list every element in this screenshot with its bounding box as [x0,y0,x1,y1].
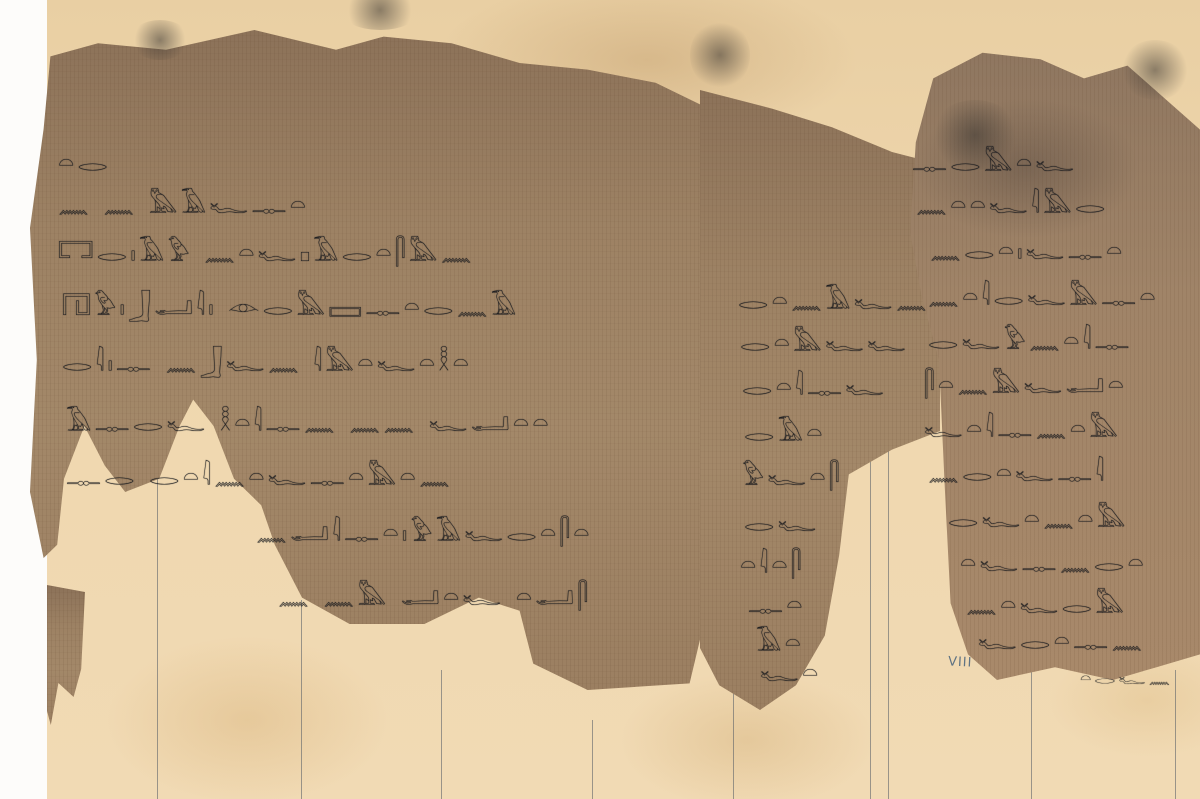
text-line: 𓄿𓊃𓂋𓆑 𓎛𓏏𓇋𓊃𓈖 𓈖𓈖 𓆑𓂝𓏏𓏏 [66,399,552,439]
text-line: 𓂋𓏏𓇋𓊃𓆑 [742,363,887,403]
text-line: 𓂋𓄿𓏏 [744,409,826,449]
text-line: 𓆑𓏏𓇋𓊃𓈖𓏏𓅓 [924,405,1121,445]
text-line: 𓉔𓅱𓏤𓃀𓂝𓇋𓏤 𓁹𓂋𓅓𓈙𓊃𓏏𓂋𓈖𓄿 [62,283,519,323]
stain [130,20,190,60]
text-line: 𓂋𓇋𓏤𓊃 𓈖𓃀𓆑𓈖 𓇋𓅓𓏏𓆑𓏏𓎛𓏏 [62,339,472,379]
ruling-line [1175,670,1176,799]
text-line: 𓆑𓏏 [760,649,822,689]
text-line: 𓈖𓂋𓏏𓆑𓊃𓇋 [928,449,1107,489]
text-line: 𓋴𓏏𓈖𓅓𓆑𓂝𓏏 [924,361,1127,401]
ruling-line [441,670,442,799]
text-line: 𓈖𓏏𓏏𓆑𓇋𓅓𓂋 [916,181,1109,221]
text-line: 𓉐𓂋𓏤𓄿𓅱 𓈖𓏏𓆑𓊪𓄿𓂋𓏏𓋴𓅓𓈖 [58,229,475,269]
ruling-line [1031,660,1032,799]
text-line: 𓈖𓂝𓇋𓊃𓏏𓏤𓅱𓄿𓆑𓂋𓏏𓋴𓏏 [256,509,593,549]
text-line: 𓂋𓏏𓅓𓆑𓆑 [740,319,909,359]
ruling-line [870,430,871,799]
text-line: 𓊃𓏏 [748,581,806,621]
text-line: 𓂋𓆑𓅱𓈖𓏏𓇋𓊃 [928,317,1133,357]
text-line: 𓅱𓆑𓏏𓋴 [742,453,843,493]
text-line: 𓈖 𓈖 𓅓𓄿𓆑𓊃𓏏 [58,181,309,221]
stain [690,20,750,90]
stain [1120,40,1190,100]
text-line: 𓊃𓂋 𓂋𓏏𓇋𓈖𓏏𓆑𓊃𓏏𓅓𓏏𓈖 [66,453,453,493]
text-line: 𓈖 𓈖𓅓 𓂝𓏏𓆑 𓏏𓂝𓋴 [278,573,591,613]
pencil-label: VIII [948,654,973,670]
text-line: 𓂋𓏏𓈖𓄿𓆑𓈖 [738,277,930,317]
text-line: 𓂋𓆑𓏏𓈖𓏏𓅓 [948,495,1129,535]
text-line: 𓏏𓇋𓏏𓋴 [740,541,805,581]
text-line: 𓈖𓏏𓇋𓂋𓆑𓅓𓊃𓏏 [928,273,1159,313]
ruling-line [733,690,734,799]
text-line: 𓂋𓆑 [744,499,820,539]
ruling-line [592,720,593,799]
text-line: 𓏏𓂋 [58,139,111,179]
ruling-line [301,600,302,799]
text-line: 𓏏𓂋𓆑𓈖 [1080,661,1173,690]
text-line: 𓆑𓂋𓏏𓊃𓈖 [978,617,1146,657]
text-line: 𓈖𓂋𓏏𓏤𓆑𓊃𓏏 [930,227,1125,267]
text-line: 𓊃𓂋𓅓𓏏𓆑 [912,139,1077,179]
text-line: 𓏏𓆑𓊃𓈖𓂋𓏏 [960,539,1147,579]
ruling-line [888,420,889,799]
ruling-line [157,440,158,799]
text-line: 𓈖𓏏𓆑𓂋𓅓 [966,581,1127,621]
